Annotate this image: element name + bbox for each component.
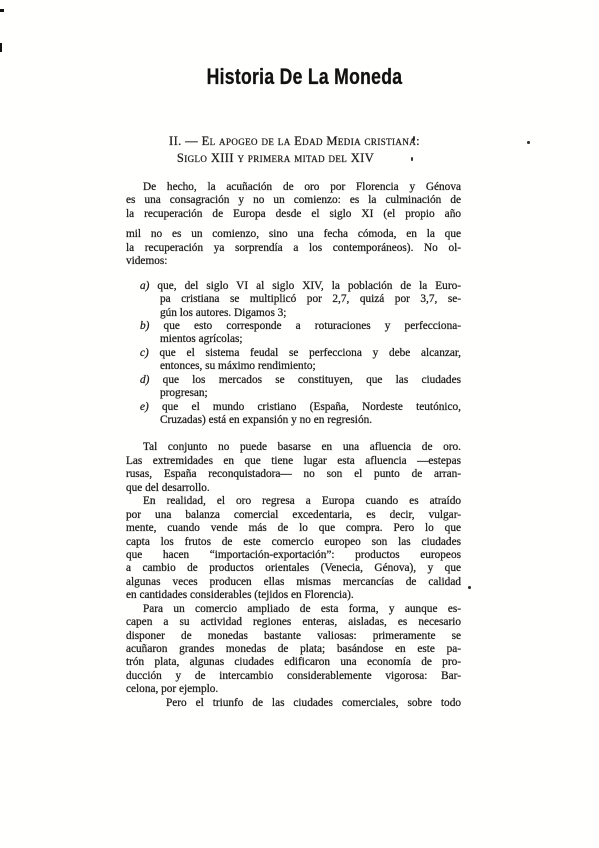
text-line: es una consagración y no un comienzo: es…: [126, 194, 461, 207]
text-line: la recuperación ya sorprendía a los cont…: [126, 242, 461, 255]
paragraph-1-part-1: De hecho, la acuñación de oro por Floren…: [126, 181, 461, 221]
page-text: De hecho, la acuñación de oro por Floren…: [126, 181, 461, 710]
title-row: Historia De La Moneda: [5, 64, 599, 90]
text-line: la recuperación de Europa desde el siglo…: [126, 208, 461, 221]
text-line: b) que esto corresponde a roturaciones y…: [126, 320, 461, 333]
list-marker: a): [140, 280, 149, 292]
text-line: disponer de monedas bastante valiosas: p…: [126, 630, 461, 643]
text-line: Las extremidades en que tiene lugar esta…: [126, 455, 461, 468]
text-line: Pero el triunfo de las ciudades comercia…: [126, 697, 461, 710]
text-line: acuñaron grandes monedas de plata; basán…: [126, 643, 461, 656]
text-line: gún los autores. Digamos 3;: [126, 307, 461, 320]
list-item-e: e) que el mundo cristiano (España, Norde…: [126, 401, 461, 428]
list-item-a: a) que, del siglo VI al siglo XIV, la po…: [126, 280, 461, 320]
text-line: mente, cuando vende más de lo que compra…: [126, 522, 461, 535]
scanned-book-page: Historia De La Moneda II. — El apogeo de…: [0, 0, 599, 848]
text-line: a) que, del siglo VI al siglo XIV, la po…: [126, 280, 461, 293]
list-item-c: c) que el sistema feudal se perfecciona …: [126, 347, 461, 374]
paragraph-4: Para un comercio ampliado de esta forma,…: [126, 603, 461, 697]
scan-artifact: [468, 586, 471, 589]
paragraph-3: En realidad, el oro regresa a Europa cua…: [126, 495, 461, 603]
list-marker: e): [140, 401, 149, 413]
page-title: Historia De La Moneda: [207, 64, 403, 90]
text-line: pa cristiana se multiplicó por 2,7, quiz…: [126, 293, 461, 306]
text-line: a cambio de productos orientales (Veneci…: [126, 562, 461, 575]
text-line: mil no es un comienzo, sino una fecha có…: [126, 228, 461, 241]
text-line: que del desarrollo.: [126, 482, 461, 495]
text-line: progresan;: [126, 387, 461, 400]
text-line: algunas veces producen ellas mismas merc…: [126, 576, 461, 589]
list-item-d: d) que los mercados se constituyen, que …: [126, 374, 461, 401]
list-marker: b): [140, 320, 149, 332]
text-line: e) que el mundo cristiano (España, Norde…: [126, 401, 461, 414]
section-heading-line-2: Siglo XIII y primera mitad del XIV: [0, 151, 575, 167]
text-line: celona, por ejemplo.: [126, 683, 461, 696]
text-line: Para un comercio ampliado de esta forma,…: [126, 603, 461, 616]
text-line: por una balanza comercial excedentaria, …: [126, 509, 461, 522]
text-line: trón plata, algunas ciudades edificaron …: [126, 656, 461, 669]
text-line: que hacen “importación-exportación”: pro…: [126, 549, 461, 562]
text-line: capta los frutos de este comercio europe…: [126, 536, 461, 549]
text-line: ducción y de intercambio considerablemen…: [126, 670, 461, 683]
text-line: d) que los mercados se constituyen, que …: [126, 374, 461, 387]
text-line: c) que el sistema feudal se perfecciona …: [126, 347, 461, 360]
paragraph-2: Tal conjunto no puede basarse en una afl…: [126, 441, 461, 495]
paragraph-5: Pero el triunfo de las ciudades comercia…: [126, 697, 461, 710]
paragraph-1-part-2: mil no es un comienzo, sino una fecha có…: [126, 228, 461, 268]
list-marker: c): [140, 347, 149, 359]
text-line: En realidad, el oro regresa a Europa cua…: [126, 495, 461, 508]
text-line: en cantidades considerables (tejidos en …: [126, 589, 461, 602]
section-heading-line-1: II. — El apogeo de la Edad Media cristia…: [0, 134, 594, 150]
scan-artifact: [0, 43, 2, 52]
text-line: capen a su actividad regiones enteras, a…: [126, 616, 461, 629]
text-line: entonces, su máximo rendimiento;: [126, 360, 461, 373]
text-line: videmos:: [126, 255, 461, 268]
text-line: Tal conjunto no puede basarse en una afl…: [126, 441, 461, 454]
text-line: rusas, España reconquistadora— no son el…: [126, 468, 461, 481]
list-marker: d): [140, 374, 149, 386]
text-line: De hecho, la acuñación de oro por Floren…: [126, 181, 461, 194]
text-line: mientos agrícolas;: [126, 333, 461, 346]
scan-artifact: [0, 9, 4, 12]
section-heading: II. — El apogeo de la Edad Media cristia…: [0, 134, 599, 166]
list-item-b: b) que esto corresponde a roturaciones y…: [126, 320, 461, 347]
text-line: Cruzadas) está en expansión y no en regr…: [126, 414, 461, 427]
